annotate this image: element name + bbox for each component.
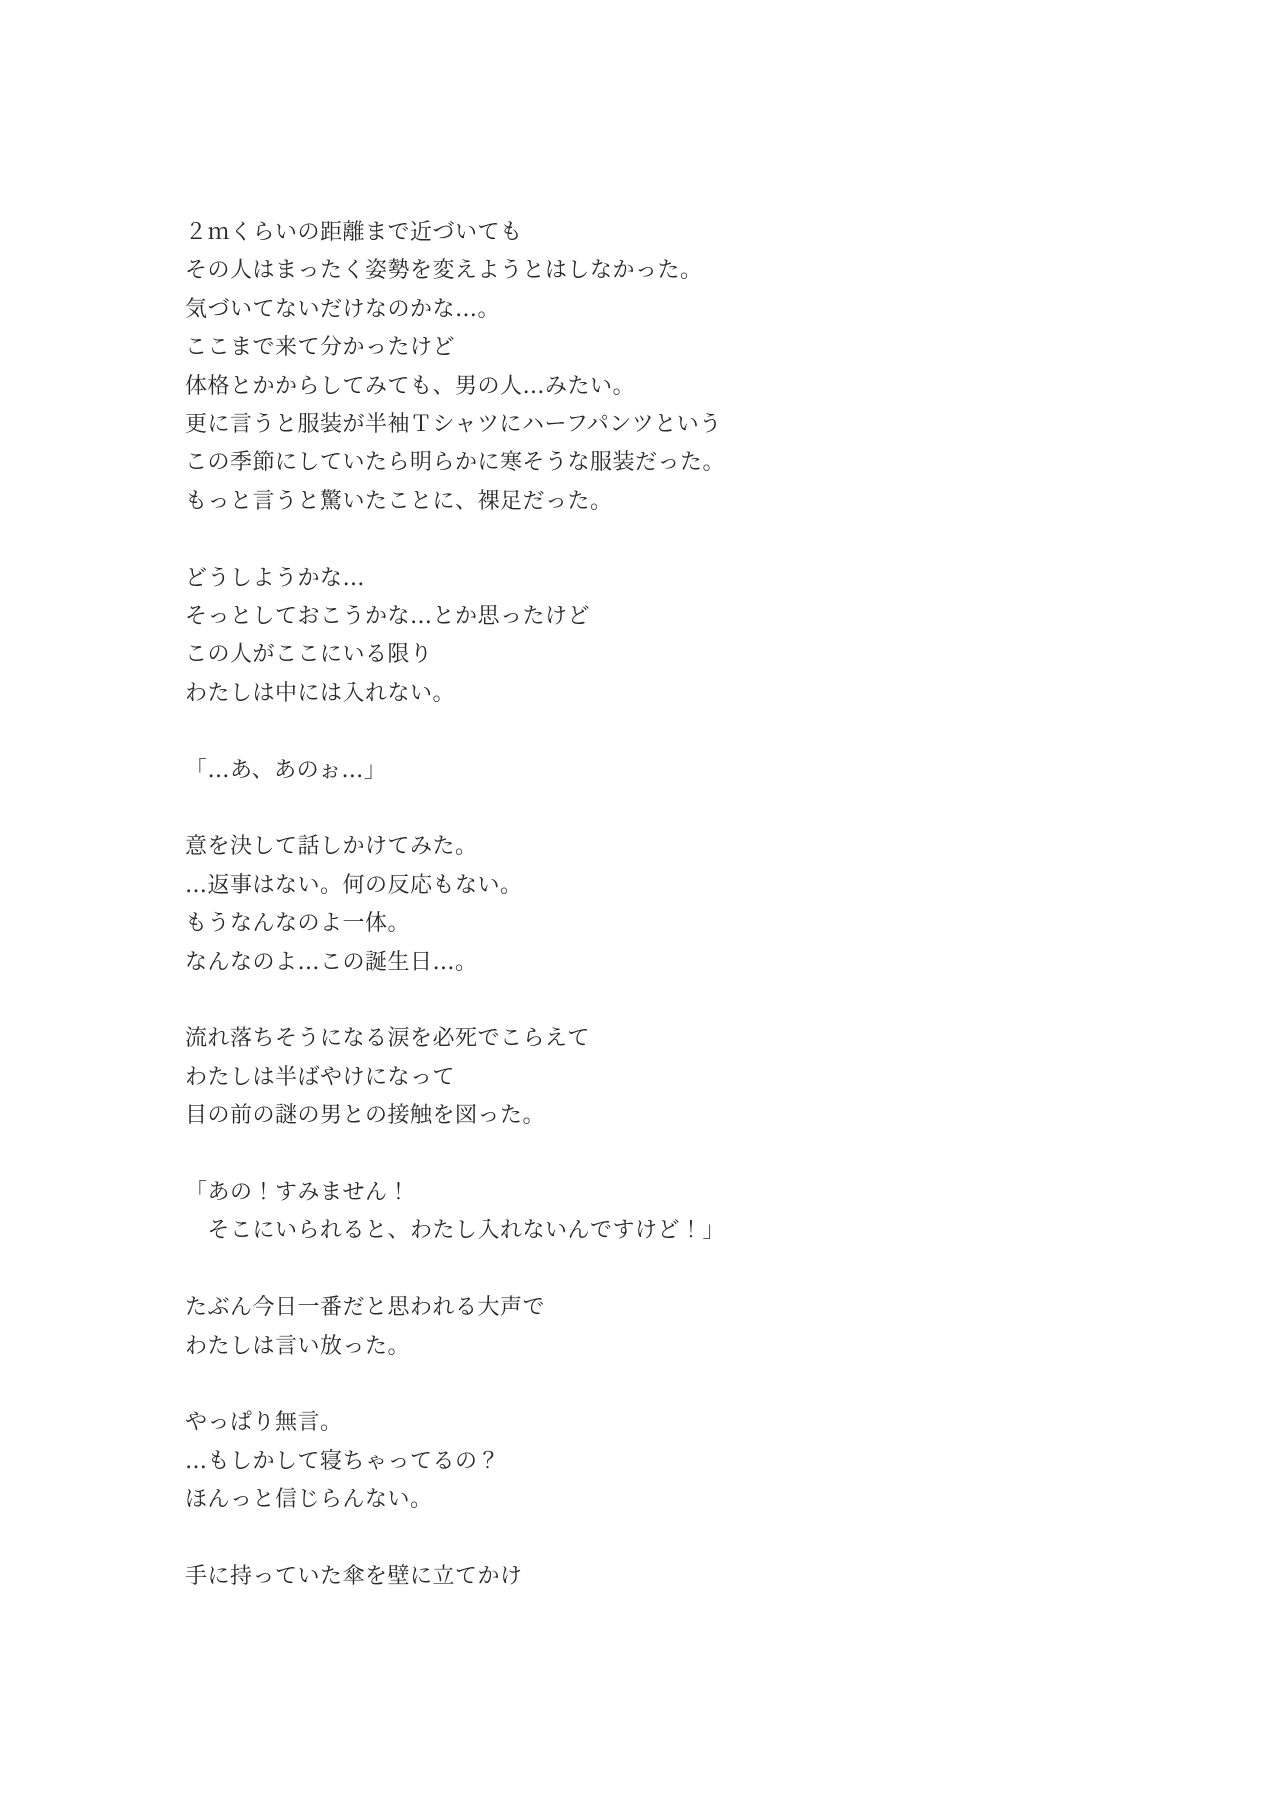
text-line: やっぱり無言。 bbox=[185, 1404, 1185, 1442]
text-line: 体格とかからしてみても、男の人…みたい。 bbox=[185, 368, 1185, 406]
text-line: 流れ落ちそうになる涙を必死でこらえて bbox=[185, 1020, 1185, 1058]
text-line: どうしようかな… bbox=[185, 560, 1185, 598]
text-line: 目の前の謎の男との接触を図った。 bbox=[185, 1097, 1185, 1135]
text-line: …返事はない。何の反応もない。 bbox=[185, 867, 1185, 905]
text-line: そっとしておこうかな…とか思ったけど bbox=[185, 598, 1185, 636]
text-line: ほんっと信じらんない。 bbox=[185, 1481, 1185, 1519]
paragraph: やっぱり無言。 …もしかして寝ちゃってるの？ ほんっと信じらんない。 bbox=[185, 1404, 1185, 1519]
paragraph: たぶん今日一番だと思われる大声で わたしは言い放った。 bbox=[185, 1289, 1185, 1366]
text-line: 更に言うと服装が半袖Ｔシャツにハーフパンツという bbox=[185, 406, 1185, 444]
text-line: その人はまったく姿勢を変えようとはしなかった。 bbox=[185, 252, 1185, 290]
text-line: そこにいられると、わたし入れないんですけど！」 bbox=[185, 1212, 1185, 1250]
text-line: …もしかして寝ちゃってるの？ bbox=[185, 1443, 1185, 1481]
text-line: ここまで来て分かったけど bbox=[185, 329, 1185, 367]
paragraph: 手に持っていた傘を壁に立てかけ bbox=[185, 1558, 1185, 1596]
paragraph: 流れ落ちそうになる涙を必死でこらえて わたしは半ばやけになって 目の前の謎の男と… bbox=[185, 1020, 1185, 1135]
text-line: もっと言うと驚いたことに、裸足だった。 bbox=[185, 483, 1185, 521]
text-line: たぶん今日一番だと思われる大声で bbox=[185, 1289, 1185, 1327]
text-line: この人がここにいる限り bbox=[185, 636, 1185, 674]
paragraph: ２ｍくらいの距離まで近づいても その人はまったく姿勢を変えようとはしなかった。 … bbox=[185, 214, 1185, 521]
text-line: なんなのよ…この誕生日…。 bbox=[185, 944, 1185, 982]
text-line: 気づいてないだけなのかな…。 bbox=[185, 291, 1185, 329]
text-line: ２ｍくらいの距離まで近づいても bbox=[185, 214, 1185, 252]
paragraph-dialogue: 「あの！すみません！ そこにいられると、わたし入れないんですけど！」 bbox=[185, 1174, 1185, 1251]
text-line: 「あの！すみません！ bbox=[185, 1174, 1185, 1212]
text-line: もうなんなのよ一体。 bbox=[185, 905, 1185, 943]
text-line: この季節にしていたら明らかに寒そうな服装だった。 bbox=[185, 444, 1185, 482]
paragraph-dialogue: 「…あ、あのぉ…」 bbox=[185, 752, 1185, 790]
text-line: わたしは言い放った。 bbox=[185, 1328, 1185, 1366]
text-line: わたしは半ばやけになって bbox=[185, 1059, 1185, 1097]
body-text: ２ｍくらいの距離まで近づいても その人はまったく姿勢を変えようとはしなかった。 … bbox=[185, 214, 1185, 1635]
page: ２ｍくらいの距離まで近づいても その人はまったく姿勢を変えようとはしなかった。 … bbox=[0, 0, 1280, 1810]
text-line: 手に持っていた傘を壁に立てかけ bbox=[185, 1558, 1185, 1596]
text-line: わたしは中には入れない。 bbox=[185, 675, 1185, 713]
paragraph: 意を決して話しかけてみた。 …返事はない。何の反応もない。 もうなんなのよ一体。… bbox=[185, 828, 1185, 982]
text-line: 「…あ、あのぉ…」 bbox=[185, 752, 1185, 790]
paragraph: どうしようかな… そっとしておこうかな…とか思ったけど この人がここにいる限り … bbox=[185, 560, 1185, 714]
text-line: 意を決して話しかけてみた。 bbox=[185, 828, 1185, 866]
